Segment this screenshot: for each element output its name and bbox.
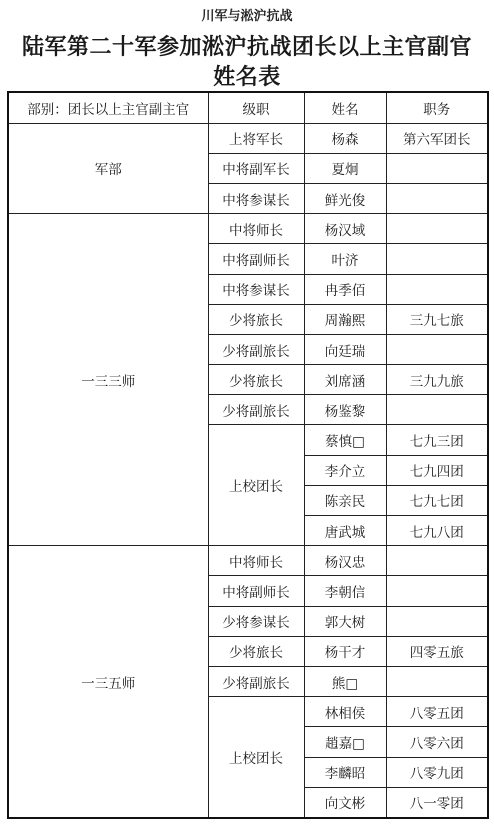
name-cell: 向文彬 (304, 787, 386, 818)
rank-cell: 中将副军长 (208, 153, 304, 183)
post-cell (386, 214, 488, 244)
rank-cell: 中将副师长 (208, 576, 304, 606)
name-cell: 林相侯 (304, 697, 386, 727)
page-title-line1: 陆军第二十军参加淞沪抗战团长以上主官副官 (0, 30, 494, 61)
post-cell: 八一零团 (386, 787, 488, 818)
post-cell: 七九四团 (386, 455, 488, 485)
rank-cell: 少将旅长 (208, 365, 304, 395)
post-cell: 八零九团 (386, 757, 488, 787)
rank-cell: 中将参谋长 (208, 274, 304, 304)
page-title-line2: 姓名表 (0, 60, 494, 91)
name-cell: 杨鉴黎 (304, 395, 386, 425)
post-cell (386, 576, 488, 606)
post-cell (386, 666, 488, 696)
post-cell: 第六军团长 (386, 123, 488, 153)
rank-cell: 少将参谋长 (208, 606, 304, 636)
rank-cell: 上校团长 (208, 425, 304, 546)
post-cell (386, 334, 488, 364)
header-unit: 部别：团长以上主官副主官 (8, 92, 208, 123)
rank-cell: 少将副旅长 (208, 334, 304, 364)
rank-cell: 中将参谋长 (208, 183, 304, 213)
officer-roster-table: 部别：团长以上主官副主官 级职 姓名 职务 军部 上将军长 杨森 第六军团长 中… (7, 91, 489, 819)
rank-cell: 中将师长 (208, 214, 304, 244)
name-cell: 杨干才 (304, 636, 386, 666)
post-cell: 八零六团 (386, 727, 488, 757)
name-cell: 杨森 (304, 123, 386, 153)
rank-cell: 上将军长 (208, 123, 304, 153)
name-cell: 李介立 (304, 455, 386, 485)
post-cell (386, 606, 488, 636)
name-cell: 叶济 (304, 244, 386, 274)
post-cell (386, 274, 488, 304)
name-cell: 冉季佰 (304, 274, 386, 304)
name-cell: 熊□ (304, 666, 386, 696)
rank-cell: 中将师长 (208, 546, 304, 576)
post-cell (386, 153, 488, 183)
header-rank: 级职 (208, 92, 304, 123)
table-row: 一三三师 中将师长 杨汉域 (8, 214, 488, 244)
post-cell (386, 183, 488, 213)
header-name: 姓名 (304, 92, 386, 123)
rank-cell: 少将旅长 (208, 636, 304, 666)
post-cell (386, 244, 488, 274)
post-cell (386, 395, 488, 425)
table-header-row: 部别：团长以上主官副主官 级职 姓名 职务 (8, 92, 488, 123)
name-cell: 李麟昭 (304, 757, 386, 787)
unit-cell: 军部 (8, 123, 208, 214)
name-cell: 鲜光俊 (304, 183, 386, 213)
name-cell: 杨汉忠 (304, 546, 386, 576)
rank-cell: 少将旅长 (208, 304, 304, 334)
table-row: 军部 上将军长 杨森 第六军团长 (8, 123, 488, 153)
name-cell: 向廷瑞 (304, 334, 386, 364)
name-cell: 夏炯 (304, 153, 386, 183)
table-row: 一三五师 中将师长 杨汉忠 (8, 546, 488, 576)
name-cell: 唐武城 (304, 516, 386, 546)
name-cell: 李朝信 (304, 576, 386, 606)
post-cell: 七九三团 (386, 425, 488, 455)
rank-cell: 少将副旅长 (208, 395, 304, 425)
post-cell: 三九七旅 (386, 304, 488, 334)
post-cell: 七九八团 (386, 516, 488, 546)
unit-cell: 一三五师 (8, 546, 208, 818)
rank-cell: 少将副旅长 (208, 666, 304, 696)
name-cell: 蔡慎□ (304, 425, 386, 455)
post-cell: 三九九旅 (386, 365, 488, 395)
post-cell: 八零五团 (386, 697, 488, 727)
post-cell (386, 546, 488, 576)
post-cell: 七九七团 (386, 485, 488, 515)
rank-cell: 上校团长 (208, 697, 304, 818)
name-cell: 刘席涵 (304, 365, 386, 395)
unit-cell: 一三三师 (8, 214, 208, 546)
header-post: 职务 (386, 92, 488, 123)
post-cell: 四零五旅 (386, 636, 488, 666)
name-cell: 周瀚熙 (304, 304, 386, 334)
name-cell: 陈亲民 (304, 485, 386, 515)
running-head: 川军与淞沪抗战 (0, 5, 494, 24)
name-cell: 郭大树 (304, 606, 386, 636)
name-cell: 杨汉域 (304, 214, 386, 244)
name-cell: 趙嘉□ (304, 727, 386, 757)
rank-cell: 中将副师长 (208, 244, 304, 274)
